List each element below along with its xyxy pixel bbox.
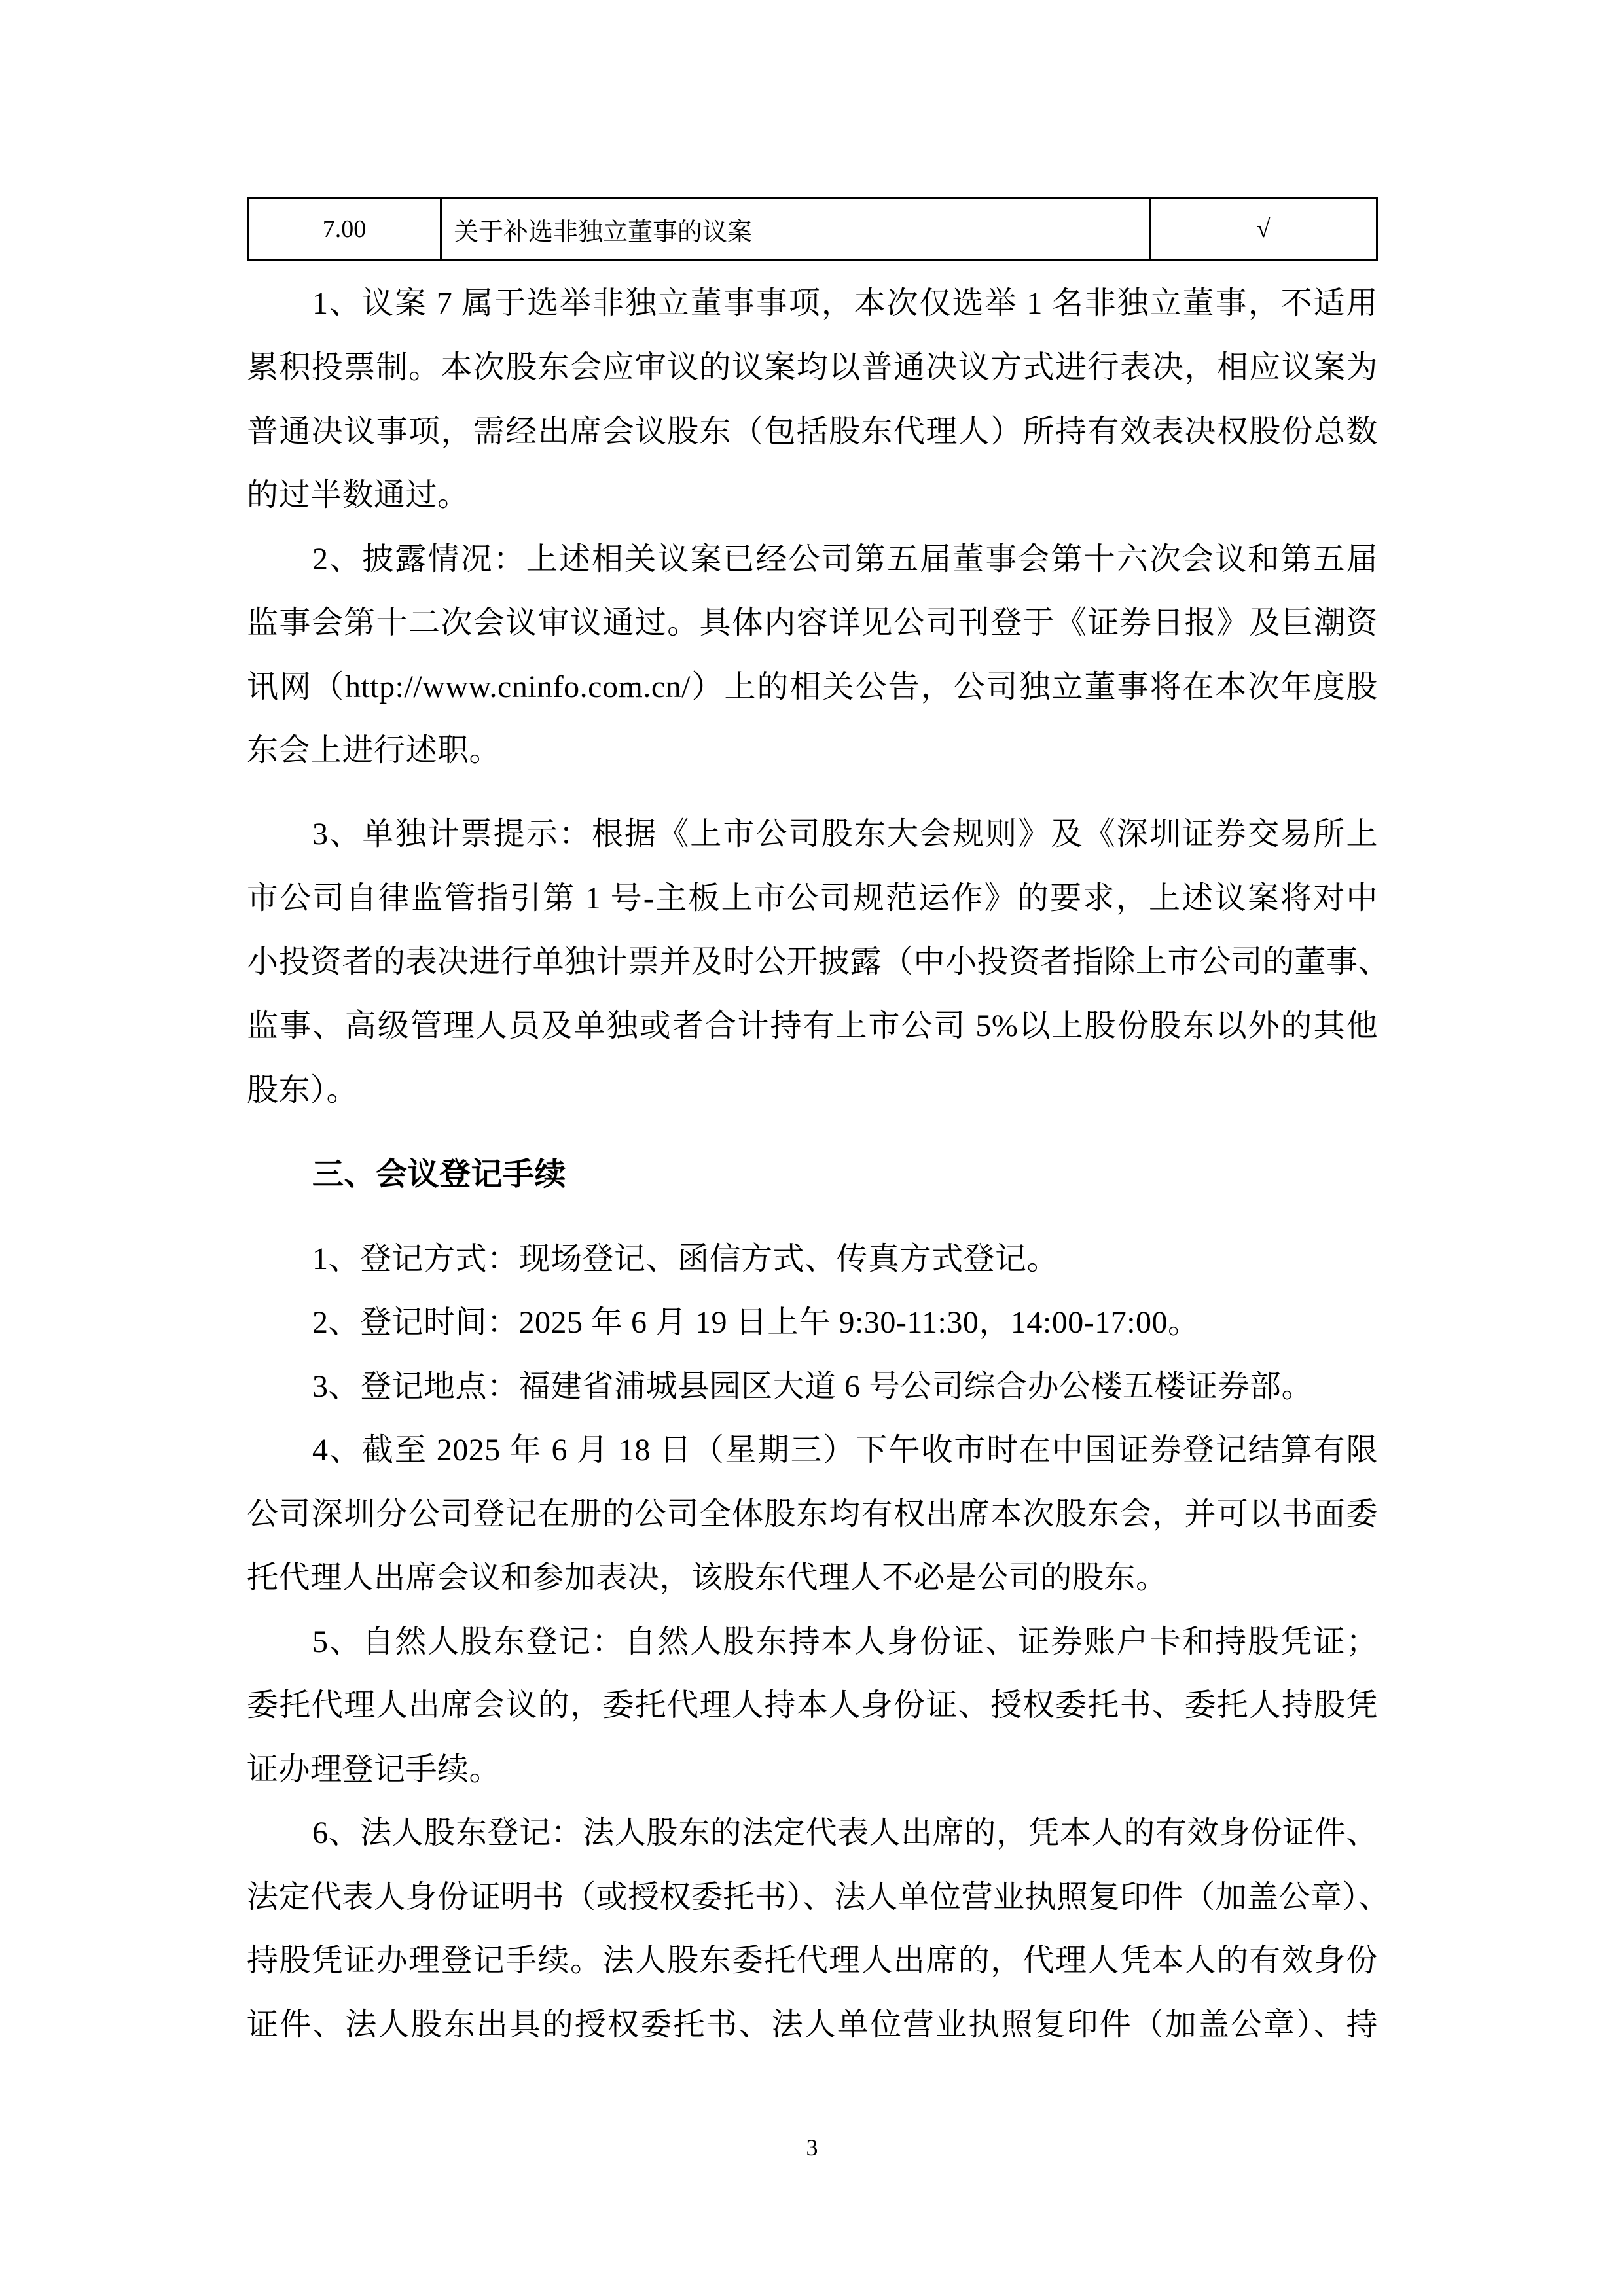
note3-line: 股东）。 — [247, 1071, 1378, 1110]
item5-line: 证办理登记手续。 — [247, 1750, 1378, 1789]
item5-line: 委托代理人出席会议的，委托代理人持本人身份证、授权委托书、委托人持股凭 — [247, 1686, 1378, 1725]
note3-line: 3、单独计票提示：根据《上市公司股东大会规则》及《深圳证券交易所上 — [312, 815, 1378, 854]
note2-line: 监事会第十二次会议审议通过。具体内容详见公司刊登于《证券日报》及巨潮资 — [247, 603, 1378, 643]
item4-line: 4、截至 2025 年 6 月 18 日（星期三）下午收市时在中国证券登记结算有… — [312, 1431, 1378, 1470]
section-heading: 三、会议登记手续 — [312, 1155, 1378, 1194]
note1-line: 的过半数通过。 — [247, 476, 1378, 515]
note2-line: 东会上进行述职。 — [247, 731, 1378, 770]
item6-line: 证件、法人股东出具的授权委托书、法人单位营业执照复印件（加盖公章）、持 — [247, 2005, 1378, 2045]
note1-line: 普通决议事项，需经出席会议股东（包括股东代理人）所持有效表决权股份总数 — [247, 412, 1378, 452]
page-number: 3 — [0, 2134, 1624, 2161]
item6-line: 持股凭证办理登记手续。法人股东委托代理人出席的，代理人凭本人的有效身份 — [247, 1941, 1378, 1981]
proposal-name: 关于补选非独立董事的议案 — [441, 198, 1150, 260]
registration-method: 1、登记方式：现场登记、函信方式、传真方式登记。 — [312, 1240, 1378, 1279]
registration-location: 3、登记地点：福建省浦城县园区大道 6 号公司综合办公楼五楼证券部。 — [312, 1367, 1378, 1407]
note2-line: 2、披露情况：上述相关议案已经公司第五届董事会第十六次会议和第五届 — [312, 540, 1378, 579]
note1-line: 累积投票制。本次股东会应审议的议案均以普通决议方式进行表决，相应议案为 — [247, 348, 1378, 387]
checkmark-icon: √ — [1150, 198, 1377, 260]
registration-time: 2、登记时间：2025 年 6 月 19 日上午 9:30-11:30，14:0… — [312, 1303, 1378, 1342]
proposal-number: 7.00 — [248, 198, 441, 260]
note3-line: 市公司自律监管指引第 1 号-主板上市公司规范运作》的要求，上述议案将对中 — [247, 879, 1378, 918]
item4-line: 公司深圳分公司登记在册的公司全体股东均有权出席本次股东会，并可以书面委 — [247, 1495, 1378, 1534]
table-row: 7.00 关于补选非独立董事的议案 √ — [248, 198, 1377, 260]
note2-line: 讯网（http://www.cninfo.com.cn/）上的相关公告，公司独立… — [247, 668, 1378, 707]
note3-line: 监事、高级管理人员及单独或者合计持有上市公司 5%以上股份股东以外的其他 — [247, 1007, 1378, 1046]
proposal-table: 7.00 关于补选非独立董事的议案 √ — [247, 197, 1378, 261]
item4-line: 托代理人出席会议和参加表决，该股东代理人不必是公司的股东。 — [247, 1558, 1378, 1598]
note3-line: 小投资者的表决进行单独计票并及时公开披露（中小投资者指除上市公司的董事、 — [247, 942, 1378, 982]
note1-line: 1、议案 7 属于选举非独立董事事项，本次仅选举 1 名非独立董事，不适用 — [312, 284, 1378, 323]
item6-line: 法定代表人身份证明书（或授权委托书）、法人单位营业执照复印件（加盖公章）、 — [247, 1878, 1378, 1917]
document-page: 7.00 关于补选非独立董事的议案 √ 1、议案 7 属于选举非独立董事事项，本… — [0, 0, 1624, 2296]
item5-line: 5、自然人股东登记：自然人股东持本人身份证、证券账户卡和持股凭证； — [312, 1623, 1378, 1662]
item6-line: 6、法人股东登记：法人股东的法定代表人出席的，凭本人的有效身份证件、 — [312, 1814, 1378, 1853]
